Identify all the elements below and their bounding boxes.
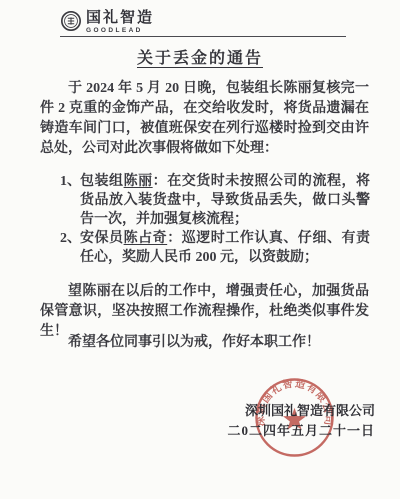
- company-emblem-icon: [60, 10, 82, 32]
- company-logo-name: 国礼智造: [86, 10, 154, 26]
- signature-date: 二0二四年五月二十一日: [227, 421, 375, 441]
- letterhead: 国礼智造 GOODLEAD: [60, 10, 346, 37]
- list-item-2: 2、 安保员陈占奇：巡逻时工作认真、仔细、有责任心，奖励人民币 200 元，以资…: [60, 229, 370, 267]
- item-role: 安保员: [80, 231, 124, 246]
- decision-list: 1、 包装组陈丽：在交货时未按照公司的流程，将货品放入装货盘中，导致货品丢失，做…: [60, 172, 370, 267]
- notice-document: 国礼智造 GOODLEAD 关于丢金的通告 于 2024 年 5 月 20 日晚…: [0, 0, 400, 499]
- paragraph-incident: 于 2024 年 5 月 20 日晚，包装组长陈丽复核完一件 2 克重的金饰产品…: [40, 79, 369, 159]
- list-item-1: 1、 包装组陈丽：在交货时未按照公司的流程，将货品放入装货盘中，导致货品丢失，做…: [60, 172, 370, 229]
- item-text: 包装组陈丽：在交货时未按照公司的流程，将货品放入装货盘中，导致货品丢失，做口头警…: [80, 172, 370, 229]
- paragraph-closing: 希望各位同事引以为戒，作好本职工作！: [40, 333, 369, 353]
- person-name: 陈占奇: [124, 231, 168, 246]
- notice-title: 关于丢金的通告: [0, 45, 400, 68]
- item-role: 包装组: [80, 174, 124, 189]
- item-number: 1、: [60, 172, 80, 229]
- item-colon: ：: [167, 231, 182, 246]
- person-name: 陈丽: [124, 174, 153, 189]
- item-number: 2、: [60, 229, 80, 267]
- signature-block: 深圳国礼智造有限公司 二0二四年五月二十一日: [227, 401, 375, 441]
- signature-company: 深圳国礼智造有限公司: [227, 401, 375, 421]
- item-text: 安保员陈占奇：巡逻时工作认真、仔细、有责任心，奖励人民币 200 元，以资鼓励；: [80, 229, 370, 267]
- item-colon: ：: [153, 174, 168, 189]
- company-logo-subtitle: GOODLEAD: [86, 27, 154, 34]
